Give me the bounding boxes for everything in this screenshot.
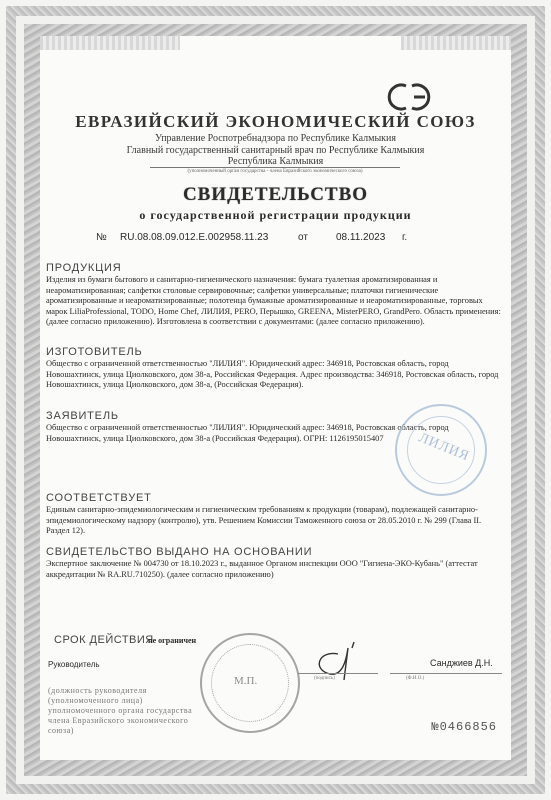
- authority-note: (уполномоченный орган государства - член…: [150, 167, 400, 174]
- company-stamp: ЛИЛИЯ: [395, 404, 487, 496]
- section-body: Общество с ограниченной ответственностью…: [46, 359, 502, 391]
- authority-line-2: Главный государственный санитарный врач …: [40, 145, 511, 156]
- section-heading: СВИДЕТЕЛЬСТВО ВЫДАНО НА ОСНОВАНИИ: [46, 546, 502, 558]
- signature-line: [298, 673, 378, 674]
- position-note: (должность руководителя (уполномоченного…: [48, 686, 208, 736]
- union-title: ЕВРАЗИЙСКИЙ ЭКОНОМИЧЕСКИЙ СОЮЗ: [40, 112, 511, 132]
- section-conformity: СООТВЕТСТВУЕТ Единым санитарно-эпидемиол…: [46, 492, 502, 537]
- name-caption: (Ф.И.О.): [406, 676, 424, 681]
- certificate-subtitle: о государственной регистрации продукции: [40, 208, 511, 223]
- section-product: ПРОДУКЦИЯ Изделия из бумаги бытового и с…: [46, 262, 502, 328]
- signer-name: Санджиев Д.Н.: [430, 658, 493, 668]
- head-label: Руководитель: [48, 660, 100, 669]
- registration-date: 08.11.2023: [336, 232, 385, 243]
- section-manufacturer: ИЗГОТОВИТЕЛЬ Общество с ограниченной отв…: [46, 346, 502, 391]
- decorative-ribbon-right: [401, 36, 511, 50]
- section-basis: СВИДЕТЕЛЬСТВО ВЫДАНО НА ОСНОВАНИИ Экспер…: [46, 546, 502, 580]
- authority-line-3: Республика Калмыкия: [40, 156, 511, 167]
- section-body: Единым санитарно-эпидемиологическим и ги…: [46, 505, 502, 537]
- certificate-title: СВИДЕТЕЛЬСТВО: [40, 184, 511, 206]
- signature-caption: (подпись): [314, 676, 335, 681]
- official-seal: М.П.: [200, 633, 300, 733]
- name-line: [390, 673, 502, 674]
- section-heading: СООТВЕТСТВУЕТ: [46, 492, 502, 504]
- section-body: Изделия из бумаги бытового и санитарно-г…: [46, 275, 502, 328]
- ce-eac-logo-icon: [380, 80, 438, 114]
- validity-label: СРОК ДЕЙСТВИЯ: [54, 634, 154, 646]
- authority-line-1: Управление Роспотребнадзора по Республик…: [40, 133, 511, 144]
- registration-number: RU.08.08.09.012.E.002958.11.23: [120, 232, 268, 243]
- section-heading: ПРОДУКЦИЯ: [46, 262, 502, 274]
- section-body: Экспертное заключение № 004730 от 18.10.…: [46, 559, 502, 580]
- decorative-ribbon-left: [40, 36, 180, 50]
- section-heading: ИЗГОТОВИТЕЛЬ: [46, 346, 502, 358]
- date-label: от: [298, 232, 308, 243]
- serial-number: №0466856: [431, 720, 497, 734]
- number-label: №: [96, 232, 107, 243]
- date-suffix: г.: [402, 232, 407, 243]
- validity-value: не ограничен: [148, 636, 196, 645]
- official-seal-center: М.П.: [234, 675, 257, 687]
- certificate-page: ЕВРАЗИЙСКИЙ ЭКОНОМИЧЕСКИЙ СОЮЗ Управлени…: [40, 36, 511, 760]
